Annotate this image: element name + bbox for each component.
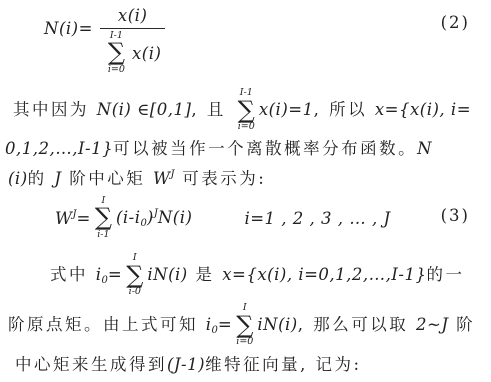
text-run: 的一 [427, 265, 465, 284]
equation-3-lhs: WJ= [55, 209, 91, 228]
text-run: 中心矩来生成得到 [15, 355, 167, 374]
math-run: J [54, 169, 61, 188]
summation: I∑i=0 [236, 303, 253, 347]
math-run: (i-i [116, 208, 141, 227]
text-run: 阶 [448, 315, 475, 334]
math-run: N [417, 139, 432, 158]
text-run: 是 [188, 265, 223, 284]
text-run: 阶原点矩。由上式可知 [8, 315, 206, 334]
sigma-symbol: ∑ [108, 42, 125, 64]
equals-sign: = [218, 315, 232, 334]
equation-3: WJ= I ∑ i-1 (i-i0)JN(i) i=1 , 2 , 3 , … … [55, 189, 391, 247]
text-run: , 且 [191, 100, 233, 119]
paragraph-2-line-2: 阶原点矩。由上式可知 i0=I∑i=0iN(i), 那么可以取 2~J 阶 [8, 300, 475, 349]
fraction: x(i) I-1 ∑ i=0 x(i) [100, 6, 165, 75]
denominator-term: x(i) [132, 44, 161, 63]
text-run: 式中 [50, 265, 96, 284]
math-run: iN(i) [257, 315, 297, 334]
text-run: , 那么可以取 [298, 315, 416, 334]
sum-lower-limit: i=0 [238, 122, 255, 132]
math-base: W [153, 169, 170, 188]
sum-lower-limit: i-1 [97, 230, 109, 240]
math-run: N(i) [158, 208, 193, 227]
math-run: (J-1) [167, 355, 205, 374]
sigma-symbol: ∑ [126, 265, 143, 287]
math-run: N(i) ∈[0,1] [97, 100, 192, 119]
text-run: 阶中心矩 [62, 169, 154, 188]
paper-page: N(i)= x(i) I-1 ∑ i=0 x(i) (2) 其中因为 N(i) … [0, 0, 491, 382]
text-run: 可以被当作一个离散概率分布函数。 [113, 139, 417, 158]
sum-lower-limit: i=0 [236, 337, 253, 347]
paragraph-2-line-3: 中心矩来生成得到(J-1)维特征向量, 记为: [15, 351, 362, 378]
math-run: x={x(i), i= [375, 100, 471, 119]
math-run: x(i)=1 [259, 100, 314, 119]
sum-lower-limit: i-0 [129, 287, 141, 297]
sigma-symbol: ∑ [238, 100, 255, 122]
equation-2: N(i)= x(i) I-1 ∑ i=0 x(i) [44, 6, 165, 75]
math-run: 0,1,2,…,I-1} [5, 139, 113, 158]
paragraph-1-line-3: (i)的 J 阶中心矩 WJ 可表示为: [8, 162, 266, 188]
math-run: iN(i) [147, 265, 187, 284]
sum-lower-limit: i=0 [108, 65, 125, 75]
text-run: 维特征向量, 记为: [205, 355, 362, 374]
math-run: (i) [8, 169, 28, 188]
text-run: 的 [28, 169, 55, 188]
math-run: WJ [153, 169, 174, 188]
equation-3-condition: i=1 , 2 , 3 , … , J [244, 209, 390, 228]
sigma-symbol: ∑ [236, 315, 253, 337]
fraction-numerator: x(i) [100, 6, 165, 29]
math-base: W [55, 209, 72, 228]
text-run: , 所以 [314, 100, 375, 119]
sigma-symbol: ∑ [95, 207, 112, 229]
paragraph-1-line-2: 0,1,2,…,I-1}可以被当作一个离散概率分布函数。N [5, 136, 432, 162]
summation: I-1∑i=0 [238, 88, 255, 132]
equation-2-lhs: N(i)= [44, 6, 93, 38]
fraction-denominator: I-1 ∑ i=0 x(i) [104, 29, 162, 75]
equation-3-number: (3) [441, 206, 470, 225]
paragraph-2-line-1: 式中 i0=I∑i-0iN(i) 是 x={x(i), i=0,1,2,…,I-… [50, 249, 465, 300]
summation: I ∑ i-1 [95, 196, 112, 240]
math-run: i0= [96, 265, 122, 284]
math-run: i0= [206, 315, 232, 334]
paragraph-1-line-1: 其中因为 N(i) ∈[0,1], 且 I-1∑i=0x(i)=1, 所以 x=… [13, 86, 471, 134]
summation: I-1 ∑ i=0 [108, 31, 125, 75]
math-run: x={x(i), i=0,1,2,…,I-1} [222, 265, 426, 284]
equals-sign: = [108, 265, 122, 284]
equals-sign: = [76, 209, 90, 228]
text-run: 其中因为 [13, 100, 97, 119]
text-run: 可表示为: [175, 169, 267, 188]
summation: I∑i-0 [126, 253, 143, 297]
equation-2-number: (2) [441, 13, 470, 32]
math-run: ) [147, 208, 154, 227]
math-run: 2~J [416, 315, 448, 334]
equation-3-term: (i-i0)JN(i) [116, 208, 193, 229]
